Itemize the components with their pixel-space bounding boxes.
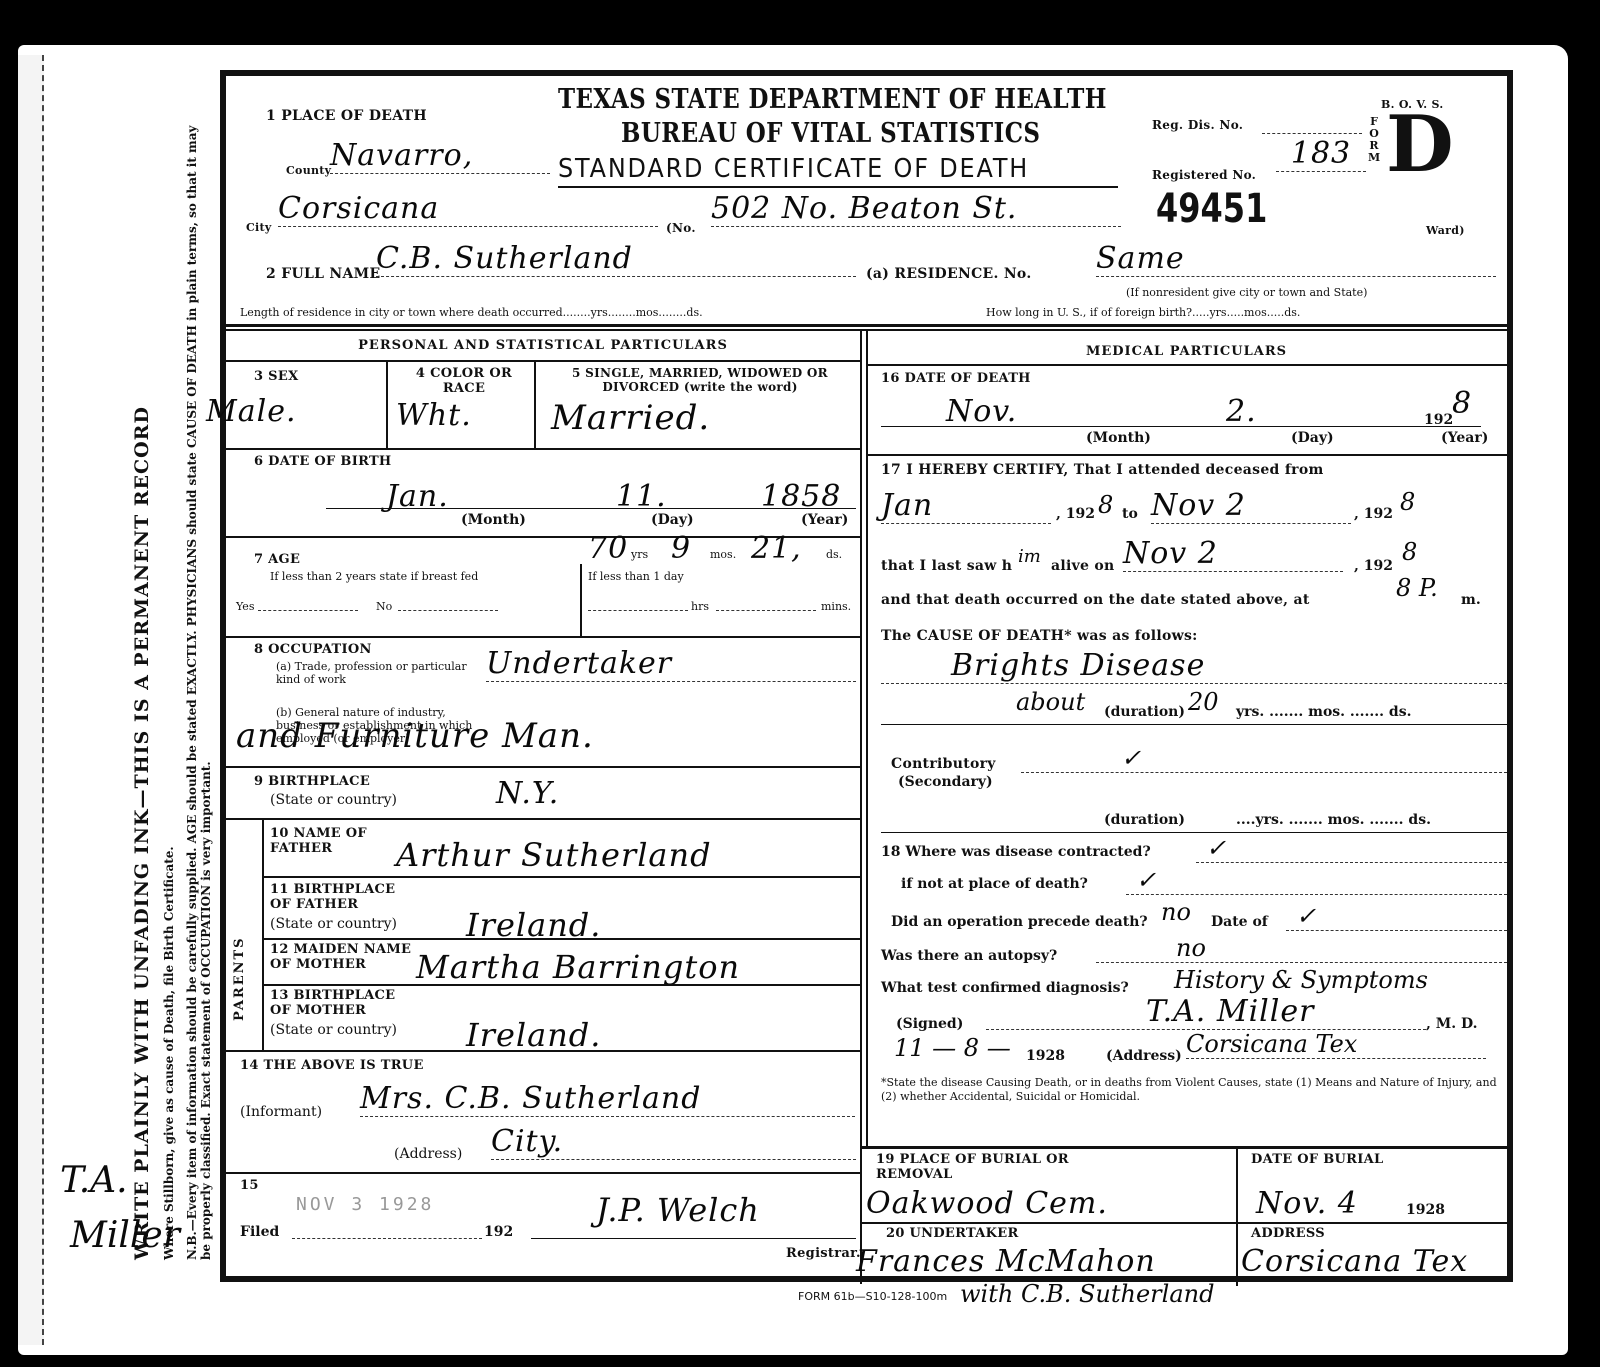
undertaker-address-label: ADDRESS [1251, 1226, 1325, 1241]
place-of-death-label: 1 PLACE OF DEATH [266, 108, 427, 124]
age-mos-label: mos. [710, 548, 736, 561]
father-birthplace-sub: (State or country) [270, 916, 397, 932]
undertaker-label: 20 UNDERTAKER [886, 1226, 1019, 1241]
cause-of-death-value: Brights Disease [881, 648, 1507, 684]
registered-no-value: 183 [1276, 136, 1366, 172]
father-birthplace-label: 11 BIRTHPLACE OF FATHER [270, 882, 420, 912]
cause-duration-years: 20 [1188, 688, 1219, 716]
undertaker-address-value: Corsicana Tex [1241, 1244, 1468, 1279]
side-instruction-heading: WRITE PLAINLY WITH UNFADING INK—THIS IS … [131, 120, 153, 1260]
sex-value: Male. [206, 394, 297, 429]
attended-from-value: Jan [881, 488, 1051, 524]
date-of-operation-label: Date of [1211, 914, 1268, 930]
form-letters: F O R M [1368, 116, 1380, 164]
ward-label: Ward) [1426, 224, 1465, 237]
foreign-birth-question: How long in U. S., if of foreign birth?.… [986, 306, 1300, 319]
medical-section-title: MEDICAL PARTICULARS [866, 344, 1507, 359]
place-of-burial-value: Oakwood Cem. [866, 1186, 1108, 1221]
certificate-stamp-number: 49451 [1156, 186, 1267, 232]
dob-day-caption: (Day) [651, 512, 694, 528]
registrar-label: Registrar. [786, 1246, 861, 1261]
race-value: Wht. [396, 398, 472, 433]
breast-fed-note: If less than 2 years state if breast fed [270, 570, 478, 583]
contributory-duration-label: (duration) [1104, 812, 1185, 828]
dod-year-caption: (Year) [1441, 430, 1488, 446]
date-of-operation-value: ✓ [1286, 902, 1507, 931]
informant-value: Mrs. C.B. Sutherland [360, 1081, 855, 1117]
contributory-label: Contributory [891, 756, 996, 772]
occupation-label: 8 OCCUPATION [254, 642, 372, 657]
where-contracted-label: 18 Where was disease contracted? [881, 844, 1151, 860]
signed-label: (Signed) [896, 1016, 963, 1032]
residence-value: Same [1096, 241, 1496, 277]
reg-dis-label: Reg. Dis. No. [1152, 118, 1243, 132]
above-is-true-label: 14 THE ABOVE IS TRUE [240, 1058, 424, 1073]
certify-statement: 17 I HEREBY CERTIFY, That I attended dec… [881, 462, 1324, 478]
contributory-value: ✓ [1021, 744, 1507, 773]
alive-on-label: alive on [1051, 558, 1115, 574]
not-at-place-value: ✓ [1126, 866, 1507, 895]
occupation-b-value: and Furniture Man. [236, 716, 594, 756]
mother-birthplace-value: Ireland. [466, 1016, 601, 1054]
dod-day-value: 2. [1226, 394, 1257, 429]
to-label: to [1122, 506, 1138, 522]
parents-label: PARENTS [232, 936, 247, 1021]
operation-value: no [1161, 898, 1191, 926]
signed-year: 1928 [1026, 1048, 1065, 1064]
birthplace-sub: (State or country) [270, 792, 397, 808]
test-value: History & Symptoms [1174, 966, 1428, 994]
side-instructions: WRITE PLAINLY WITH UNFADING INK—THIS IS … [122, 120, 222, 1260]
death-certificate-form: 1 PLACE OF DEATH County Navarro, TEXAS S… [220, 70, 1513, 1282]
signed-date: 11 — 8 — [894, 1034, 1011, 1062]
age-days-value: 21, [751, 531, 802, 566]
last-saw-year-prefix: , 192 [1354, 558, 1393, 574]
death-time-value: 8 P. [1396, 574, 1438, 602]
birthplace-label: 9 BIRTHPLACE [254, 774, 370, 789]
occupation-a-label: (a) Trade, profession or particular kind… [276, 660, 486, 686]
operation-label: Did an operation precede death? [891, 914, 1148, 930]
contributory-yrs-label: ....yrs. ....... mos. ....... ds. [1236, 812, 1431, 828]
dod-year-prefix: 192 [1424, 412, 1453, 428]
breast-fed-yes-label: Yes [236, 600, 254, 613]
length-of-residence: Length of residence in city or town wher… [240, 306, 703, 319]
last-saw-year: 8 [1402, 538, 1417, 566]
race-label: 4 COLOR OR RACE [394, 366, 534, 396]
informant-address-label: (Address) [394, 1146, 462, 1162]
informant-address-value: City. [491, 1124, 856, 1160]
dob-year-caption: (Year) [801, 512, 848, 528]
dod-month-caption: (Month) [1086, 430, 1151, 446]
age-months-value: 9 [671, 531, 691, 566]
undertaker-note: with C.B. Sutherland [960, 1280, 1214, 1308]
margin-initials: T.A. [60, 1160, 128, 1201]
last-saw-label: that I last saw h [881, 558, 1012, 574]
form-title: STANDARD CERTIFICATE OF DEATH [558, 154, 1029, 184]
mother-birthplace-label: 13 BIRTHPLACE OF MOTHER [270, 988, 420, 1018]
side-instruction-text-2: N.B.—Every item of information should be… [185, 120, 213, 1260]
filed-year-label: 192 [484, 1224, 513, 1240]
county-label: County [286, 164, 331, 177]
attended-to-year: 8 [1400, 488, 1415, 516]
autopsy-value: no [1096, 934, 1507, 963]
last-saw-date: Nov 2 [1123, 536, 1343, 572]
date-of-burial-year: 1928 [1406, 1202, 1445, 1218]
mother-name-value: Martha Barrington [416, 948, 740, 986]
attended-to-value: Nov 2 [1151, 488, 1351, 524]
age-label: 7 AGE [254, 552, 300, 567]
form-letter-d: D [1386, 106, 1454, 184]
marital-status-value: Married. [551, 398, 710, 438]
secondary-label: (Secondary) [898, 774, 993, 790]
dod-month-value: Nov. [946, 394, 1017, 429]
physician-signature: T.A. Miller [986, 994, 1426, 1030]
mins-label: mins. [821, 600, 851, 613]
dob-month-caption: (Month) [461, 512, 526, 528]
side-instruction-text: Where Stillborn, give as cause of Death,… [162, 120, 176, 1260]
nonresident-note: (If nonresident give city or town and St… [1126, 286, 1367, 299]
dod-year-value: 8 [1452, 386, 1472, 421]
county-value: Navarro, [330, 138, 550, 174]
city-label: City [246, 221, 272, 234]
agency-title: TEXAS STATE DEPARTMENT OF HEALTH [558, 84, 1107, 115]
filed-number: 15 [240, 1178, 259, 1193]
physician-address-value: Corsicana Tex [1186, 1030, 1486, 1059]
cause-of-death-label: The CAUSE OF DEATH* was as follows: [881, 628, 1198, 644]
attended-to-year-prefix: , 192 [1354, 506, 1393, 522]
mother-birthplace-sub: (State or country) [270, 1022, 397, 1038]
not-at-place-label: if not at place of death? [901, 876, 1088, 892]
cause-prefix-value: about [1016, 688, 1085, 716]
attended-from-year-prefix: , 192 [1056, 506, 1095, 522]
street-no-label: (No. [666, 221, 696, 235]
breast-fed-no-label: No [376, 600, 392, 613]
full-name-value: C.B. Sutherland [376, 241, 856, 277]
reg-dis-field [1262, 132, 1362, 134]
death-time-label: and that death occurred on the date stat… [881, 592, 1310, 608]
filed-stamp: NOV 3 1928 [296, 1194, 434, 1215]
age-ds-label: ds. [826, 548, 842, 561]
where-contracted-value: ✓ [1196, 834, 1507, 863]
city-value: Corsicana [278, 191, 658, 227]
dod-day-caption: (Day) [1291, 430, 1334, 446]
form-code: FORM 61b—S10-128-100m [798, 1290, 947, 1303]
age-yrs-label: yrs [631, 548, 648, 561]
less-than-day-note: If less than 1 day [588, 570, 684, 583]
marital-status-label: 5 SINGLE, MARRIED, WIDOWED OR DIVORCED (… [540, 366, 860, 394]
date-of-death-label: 16 DATE OF DEATH [881, 371, 1031, 386]
physician-address-label: (Address) [1106, 1048, 1182, 1064]
birthplace-value: N.Y. [496, 776, 559, 811]
cause-footnote: *State the disease Causing Death, or in … [881, 1076, 1501, 1104]
age-years-value: 70 [588, 531, 628, 566]
margin-signature: Miller [70, 1215, 180, 1256]
informant-label: (Informant) [240, 1104, 322, 1120]
sex-label: 3 SEX [254, 369, 298, 384]
date-of-birth-label: 6 DATE OF BIRTH [254, 454, 392, 469]
attended-from-year: 8 [1098, 491, 1113, 519]
date-of-burial-value: Nov. 4 [1256, 1186, 1358, 1221]
full-name-label: 2 FULL NAME [266, 266, 380, 282]
undertaker-value: Frances McMahon [856, 1244, 1156, 1279]
filed-label: Filed [240, 1224, 279, 1240]
cause-yrs-label: yrs. ....... mos. ....... ds. [1236, 704, 1411, 720]
residence-label: (a) RESIDENCE. No. [866, 266, 1032, 282]
registered-no-label: Registered No. [1152, 168, 1256, 182]
cause-duration-label: (duration) [1104, 704, 1185, 720]
parents-label-container: PARENTS [236, 946, 252, 1096]
hrs-label: hrs [691, 600, 709, 613]
street-value: 502 No. Beaton St. [711, 191, 1121, 227]
autopsy-label: Was there an autopsy? [881, 948, 1057, 964]
father-name-label: 10 NAME OF FATHER [270, 826, 390, 856]
occupation-a-value: Undertaker [486, 646, 856, 682]
place-of-burial-label: 19 PLACE OF BURIAL OR REMOVAL [876, 1152, 1136, 1182]
date-of-burial-label: DATE OF BURIAL [1251, 1152, 1383, 1167]
registrar-signature: J.P. Welch [596, 1191, 760, 1229]
father-name-value: Arthur Sutherland [396, 836, 712, 874]
last-saw-pronoun: im [1018, 546, 1041, 567]
m-label: m. [1461, 592, 1481, 608]
bureau-title: BUREAU OF VITAL STATISTICS [621, 118, 1040, 149]
perforated-edge [18, 55, 44, 1345]
mother-name-label: 12 MAIDEN NAME OF MOTHER [270, 942, 420, 972]
personal-section-title: PERSONAL AND STATISTICAL PARTICULARS [226, 338, 860, 353]
